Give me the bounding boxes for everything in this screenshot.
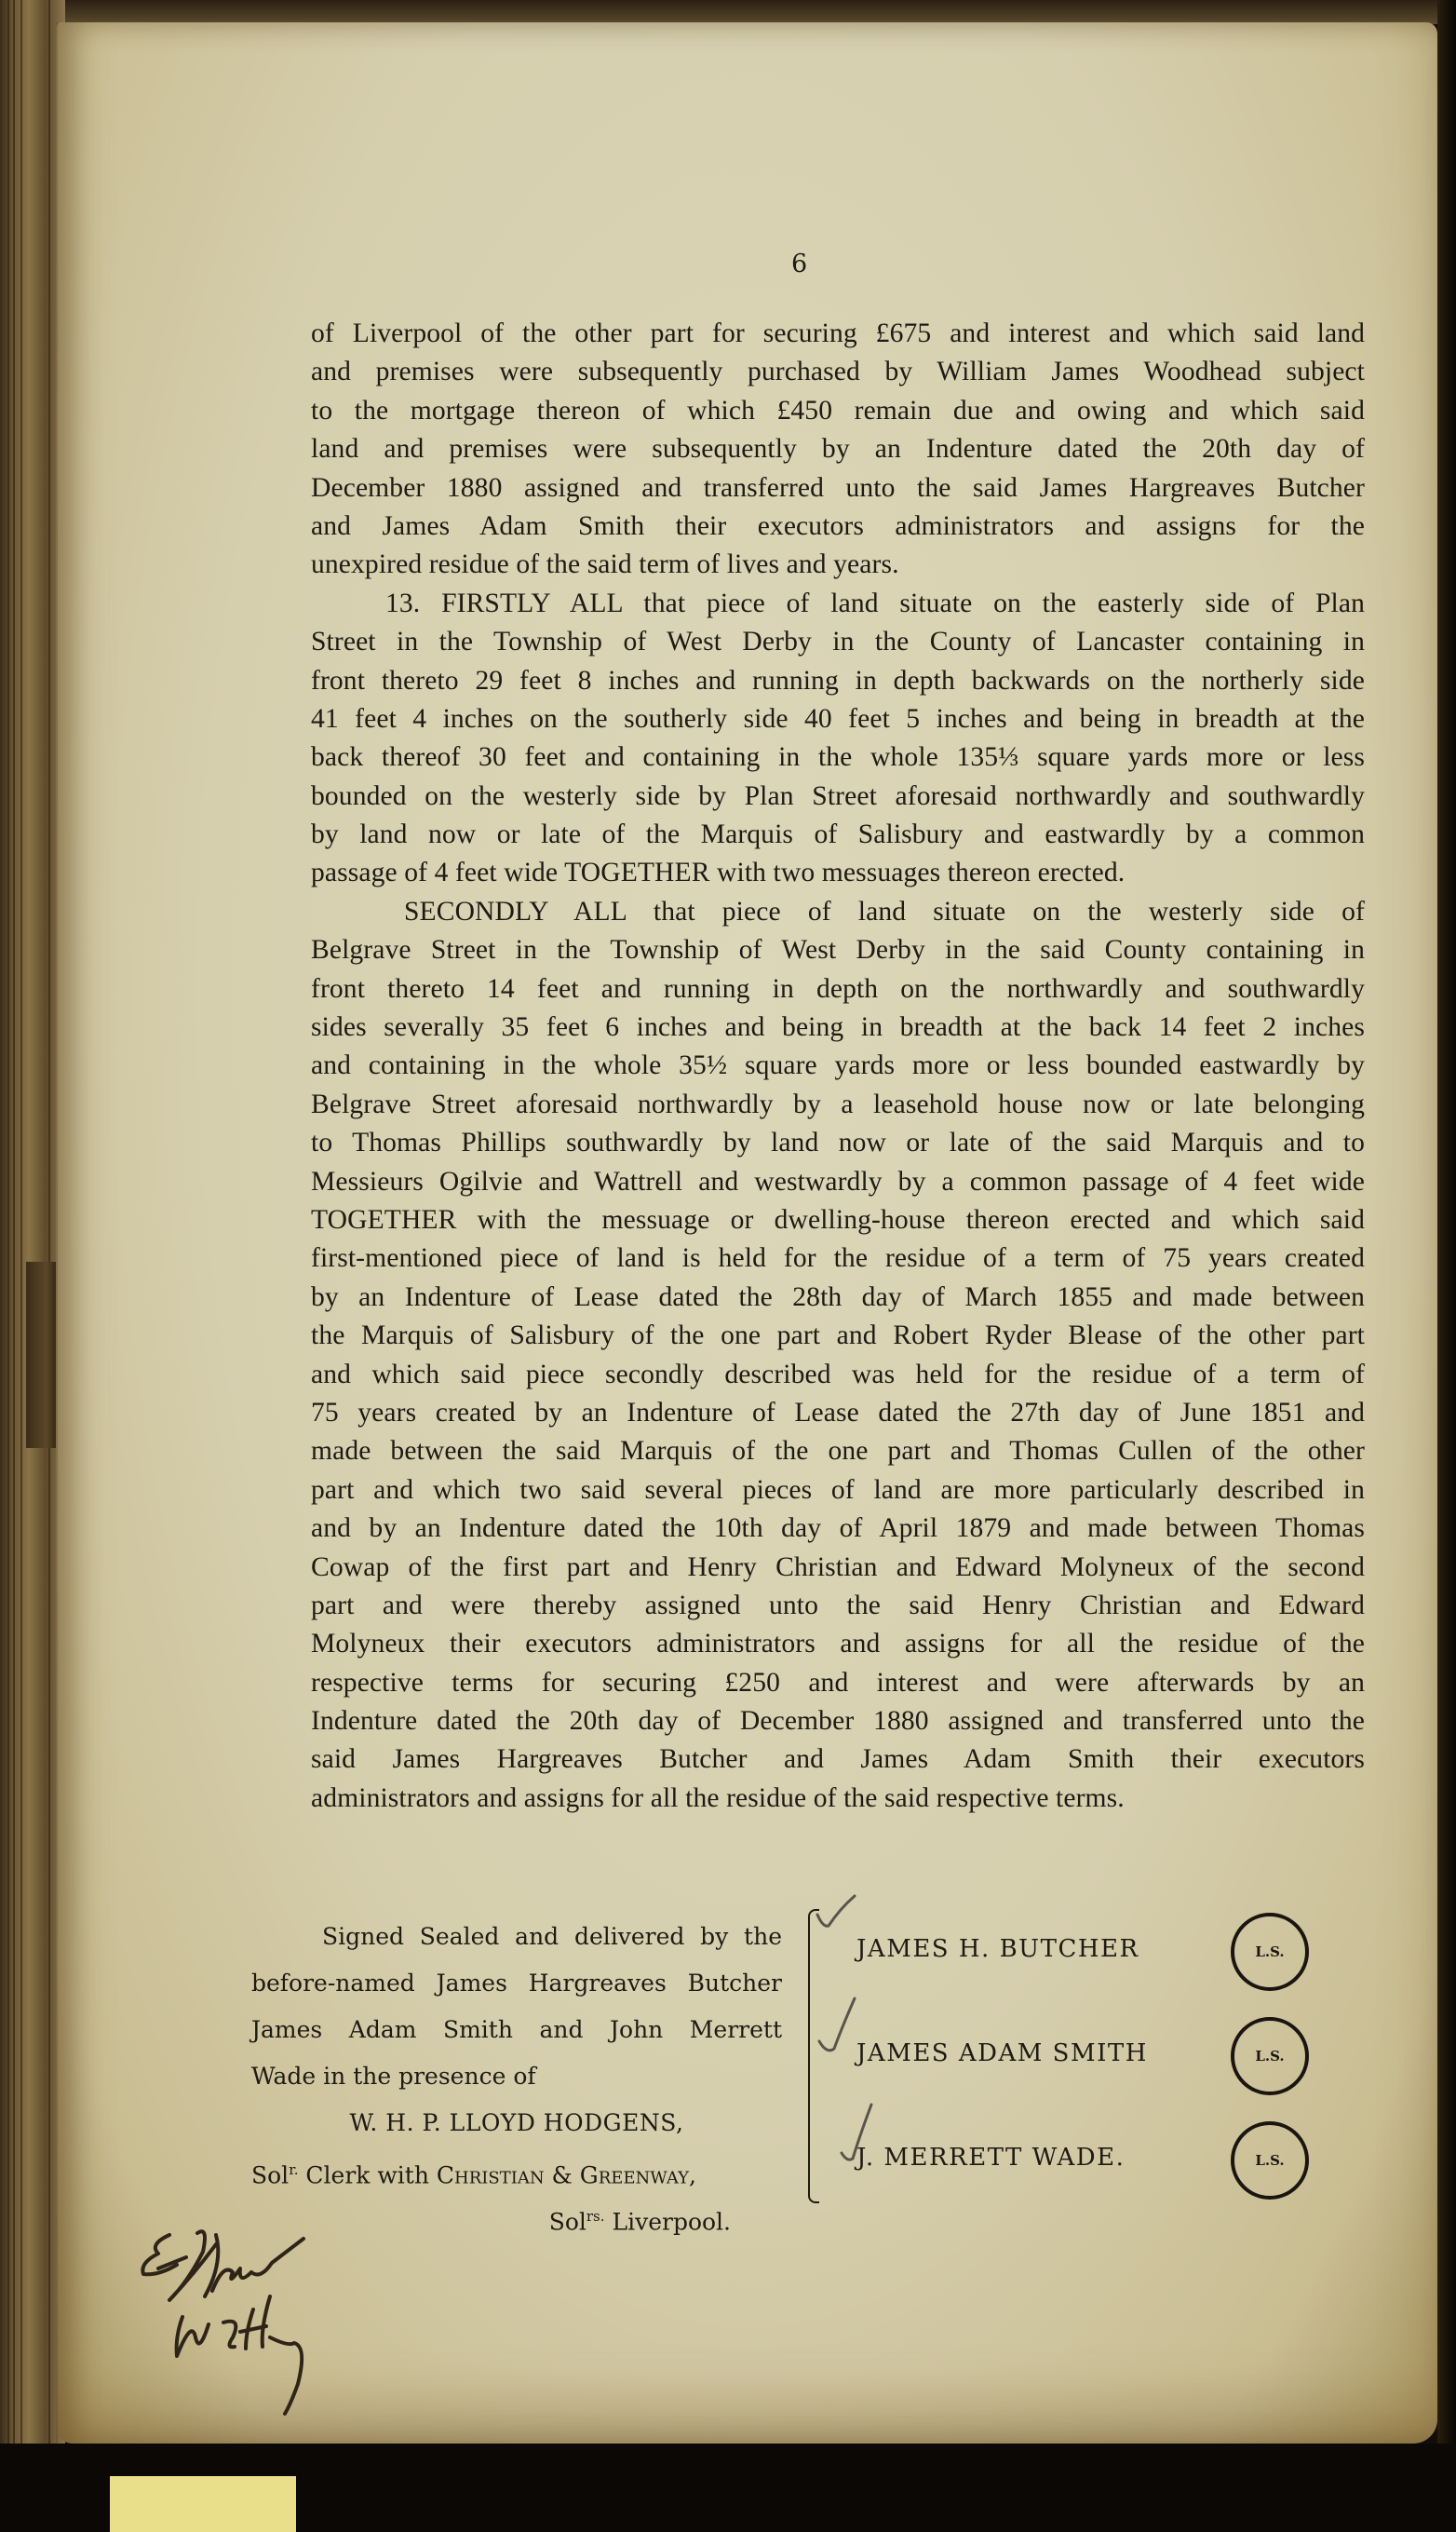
text-line: and which said piece secondly described …	[311, 1356, 1365, 1394]
text-line: 13. FIRSTLY ALL that piece of land situa…	[311, 585, 1365, 623]
signatory-smith: JAMES ADAM SMITH	[856, 2039, 1148, 2067]
text-line: and by an Indenture dated the 10th day o…	[311, 1510, 1365, 1548]
signatory-butcher: JAMES H. BUTCHER	[856, 1935, 1139, 1963]
seal-label: L.S.	[1255, 2152, 1284, 2169]
paragraph-continuation: of Liverpool of the other part for secur…	[311, 315, 1365, 585]
page-gutter-rule	[56, 22, 58, 2444]
text-line: Molyneux their executors administrators …	[311, 1625, 1365, 1663]
text-line: back thereof 30 feet and containing in t…	[311, 738, 1365, 777]
text-line: Street in the Township of West Derby in …	[311, 623, 1365, 661]
text-line: to the mortgage thereon of which £450 re…	[311, 392, 1365, 430]
text-line: administrators and assigns for all the r…	[311, 1780, 1365, 1818]
yellow-page-underneath	[110, 2476, 296, 2532]
attestation-clause: Signed Sealed and delivered by the befor…	[251, 1914, 782, 2240]
book-right-shadow	[1437, 0, 1456, 2532]
attestation-line: Wade in the presence of	[251, 2053, 782, 2100]
text-line: 75 years created by an Indenture of Leas…	[311, 1394, 1365, 1432]
text-line: of Liverpool of the other part for secur…	[311, 315, 1365, 353]
text-line: passage of 4 feet wide TOGETHER with two…	[311, 854, 1365, 892]
seal-ls-3: L.S.	[1231, 2121, 1309, 2200]
pencil-check-icon	[816, 1995, 871, 2060]
attestation-line: Signed Sealed and delivered by the	[251, 1914, 782, 1960]
seal-ls-1: L.S.	[1231, 1913, 1309, 1991]
deed-body-text: of Liverpool of the other part for secur…	[311, 315, 1365, 1818]
text-line: said James Hargreaves Butcher and James …	[311, 1740, 1365, 1779]
pencil-check-icon	[838, 2101, 884, 2166]
text-line: front thereto 14 feet and running in dep…	[311, 970, 1365, 1009]
witness-title-text: Clerk with	[298, 2161, 436, 2188]
text-line: part and were thereby assigned unto the …	[311, 1587, 1365, 1625]
text-line: Cowap of the first part and Henry Christ…	[311, 1549, 1365, 1587]
seal-label: L.S.	[1255, 2048, 1284, 2065]
text-line: TOGETHER with the messuage or dwelling-h…	[311, 1201, 1365, 1239]
text-line: Indenture dated the 20th day of December…	[311, 1702, 1365, 1740]
text-line: and James Adam Smith their executors adm…	[311, 508, 1365, 546]
text-line: 41 feet 4 inches on the southerly side 4…	[311, 700, 1365, 738]
text-line: part and which two said several pieces o…	[311, 1471, 1365, 1510]
text-line: and premises were subsequently purchased…	[311, 353, 1365, 391]
text-line: Belgrave Street aforesaid northwardly by…	[311, 1086, 1365, 1124]
handwritten-initials-icon: E J D M / W. H. L.	[130, 2207, 372, 2421]
witness-city-text: Liverpool.	[605, 2208, 731, 2235]
witness-title-superscript: r.	[289, 2161, 298, 2178]
witness-city-prefix: Sol	[549, 2208, 586, 2235]
witness-title: Solr. Clerk with Christian & Greenway,	[251, 2146, 782, 2193]
text-line: by an Indenture of Lease dated the 28th …	[311, 1279, 1365, 1317]
text-line: respective terms for securing £250 and i…	[311, 1664, 1365, 1702]
attestation-line: before-named James Hargreaves Butcher	[251, 1960, 782, 2007]
text-line: bounded on the westerly side by Plan Str…	[311, 778, 1365, 816]
text-line: by land now or late of the Marquis of Sa…	[311, 816, 1365, 854]
text-line: land and premises were subsequently by a…	[311, 430, 1365, 468]
attestation-line: James Adam Smith and John Merrett	[251, 2007, 782, 2053]
paragraph-clause-13-firstly: 13. FIRSTLY ALL that piece of land situa…	[311, 585, 1365, 893]
text-line: the Marquis of Salisbury of the one part…	[311, 1317, 1365, 1355]
signatory-wade: J. MERRETT WADE.	[856, 2144, 1125, 2172]
text-line: Messieurs Ogilvie and Wattrell and westw…	[311, 1163, 1365, 1201]
witness-name: W. H. P. LLOYD HODGENS,	[251, 2100, 782, 2146]
text-line: unexpired residue of the said term of li…	[311, 546, 1365, 584]
text-line: and containing in the whole 35½ square y…	[311, 1047, 1365, 1085]
text-line: SECONDLY ALL that piece of land situate …	[311, 893, 1365, 931]
text-line: Belgrave Street in the Township of West …	[311, 931, 1365, 969]
book-top-edge	[0, 0, 1456, 24]
paragraph-clause-13-secondly: SECONDLY ALL that piece of land situate …	[311, 893, 1365, 1818]
witness-firm: Christian & Greenway,	[437, 2161, 696, 2188]
witness-title-prefix: Sol	[251, 2161, 289, 2188]
text-line: sides severally 35 feet 6 inches and bei…	[311, 1009, 1365, 1047]
seal-ls-2: L.S.	[1231, 2017, 1309, 2095]
witness-city-superscript: rs.	[586, 2208, 605, 2225]
text-line: to Thomas Phillips southwardly by land n…	[311, 1124, 1365, 1162]
text-line: first-mentioned piece of land is held fo…	[311, 1239, 1365, 1278]
page-number: 6	[791, 250, 807, 278]
text-line: made between the said Marquis of the one…	[311, 1432, 1365, 1470]
text-line: December 1880 assigned and transferred u…	[311, 469, 1365, 508]
seal-label: L.S.	[1255, 1943, 1284, 1960]
text-line: front thereto 29 feet 8 inches and runni…	[311, 662, 1365, 700]
pencil-check-icon	[812, 1890, 868, 1946]
